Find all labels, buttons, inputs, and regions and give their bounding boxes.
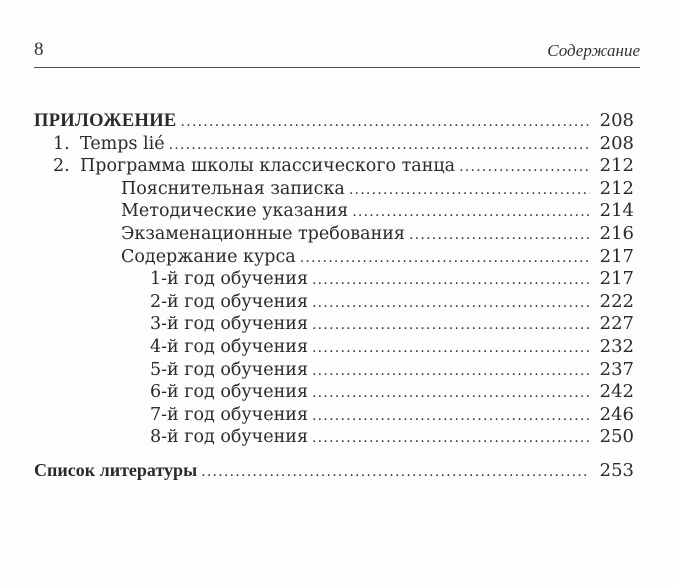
toc-entry-page: 227 — [596, 313, 634, 336]
dot-leader — [312, 337, 590, 360]
toc-entry-title: Экзаменационные требования — [121, 223, 405, 246]
toc-year-entry[interactable]: 2-й год обучения 222 — [34, 291, 634, 314]
toc-entry-number: 1. — [34, 133, 80, 156]
toc-subentry[interactable]: Пояснительная записка 212 — [34, 178, 634, 201]
dot-leader — [181, 111, 590, 134]
toc-entry-title: 8-й год обучения — [150, 426, 308, 449]
toc-entry-page: 250 — [596, 426, 634, 449]
table-of-contents: ПРИЛОЖЕНИЕ 208 1. Temps lié 208 2. Прогр… — [34, 110, 634, 482]
toc-entry-page: 232 — [596, 336, 634, 359]
dot-leader — [459, 156, 590, 179]
toc-entry-title: Программа школы классического танца — [80, 155, 455, 178]
spacer — [34, 449, 634, 459]
toc-entry-page: 253 — [596, 460, 634, 483]
toc-entry-title: 6-й год обучения — [150, 381, 308, 404]
toc-entry-page: 214 — [596, 200, 634, 223]
toc-entry-page: 217 — [596, 268, 634, 291]
page-number: 8 — [34, 39, 44, 61]
toc-entry-title: ПРИЛОЖЕНИЕ — [34, 110, 177, 133]
dot-leader — [312, 360, 590, 383]
dot-leader — [312, 382, 590, 405]
toc-year-entry[interactable]: 1-й год обучения 217 — [34, 268, 634, 291]
toc-year-entry[interactable]: 8-й год обучения 250 — [34, 426, 634, 449]
toc-entry-page: 246 — [596, 404, 634, 427]
toc-entry-title: 2-й год обучения — [150, 291, 308, 314]
dot-leader — [352, 201, 590, 224]
toc-entry-page: 212 — [596, 155, 634, 178]
dot-leader — [169, 134, 590, 157]
toc-entry-bibliography[interactable]: Список литературы 253 — [34, 459, 634, 482]
toc-entry-item-2[interactable]: 2. Программа школы классического танца 2… — [34, 155, 634, 178]
toc-entry-item-1[interactable]: 1. Temps lié 208 — [34, 133, 634, 156]
toc-subentry[interactable]: Содержание курса 217 — [34, 246, 634, 269]
toc-entry-title: Temps lié — [80, 133, 165, 156]
toc-year-entry[interactable]: 5-й год обучения 237 — [34, 359, 634, 382]
toc-entry-page: 212 — [596, 178, 634, 201]
dot-leader — [312, 427, 590, 450]
dot-leader — [312, 314, 590, 337]
toc-entry-title: 7-й год обучения — [150, 404, 308, 427]
toc-entry-appendix[interactable]: ПРИЛОЖЕНИЕ 208 — [34, 110, 634, 133]
toc-entry-page: 242 — [596, 381, 634, 404]
toc-entry-page: 222 — [596, 291, 634, 314]
toc-entry-title: Содержание курса — [121, 246, 296, 269]
toc-entry-title: 3-й год обучения — [150, 313, 308, 336]
toc-entry-page: 216 — [596, 223, 634, 246]
toc-entry-title: 4-й год обучения — [150, 336, 308, 359]
dot-leader — [312, 269, 590, 292]
toc-entry-page: 208 — [596, 110, 634, 133]
toc-entry-page: 217 — [596, 246, 634, 269]
toc-entry-title: 5-й год обучения — [150, 359, 308, 382]
dot-leader — [312, 292, 590, 315]
toc-entry-page: 237 — [596, 359, 634, 382]
toc-entry-title: 1-й год обучения — [150, 268, 308, 291]
toc-year-entry[interactable]: 7-й год обучения 246 — [34, 404, 634, 427]
toc-entry-title: Пояснительная записка — [121, 178, 345, 201]
toc-entry-page: 208 — [596, 133, 634, 156]
toc-entry-number: 2. — [34, 155, 80, 178]
dot-leader — [312, 405, 590, 428]
toc-year-entry[interactable]: 6-й год обучения 242 — [34, 381, 634, 404]
header-rule — [34, 67, 640, 68]
dot-leader — [201, 461, 590, 484]
toc-subentry[interactable]: Методические указания 214 — [34, 200, 634, 223]
dot-leader — [409, 224, 590, 247]
running-head: Содержание — [547, 41, 640, 61]
toc-entry-title: Методические указания — [121, 200, 348, 223]
dot-leader — [300, 247, 590, 270]
toc-subentry[interactable]: Экзаменационные требования 216 — [34, 223, 634, 246]
dot-leader — [349, 179, 590, 202]
toc-year-entry[interactable]: 4-й год обучения 232 — [34, 336, 634, 359]
toc-entry-title: Список литературы — [34, 459, 197, 482]
toc-year-entry[interactable]: 3-й год обучения 227 — [34, 313, 634, 336]
